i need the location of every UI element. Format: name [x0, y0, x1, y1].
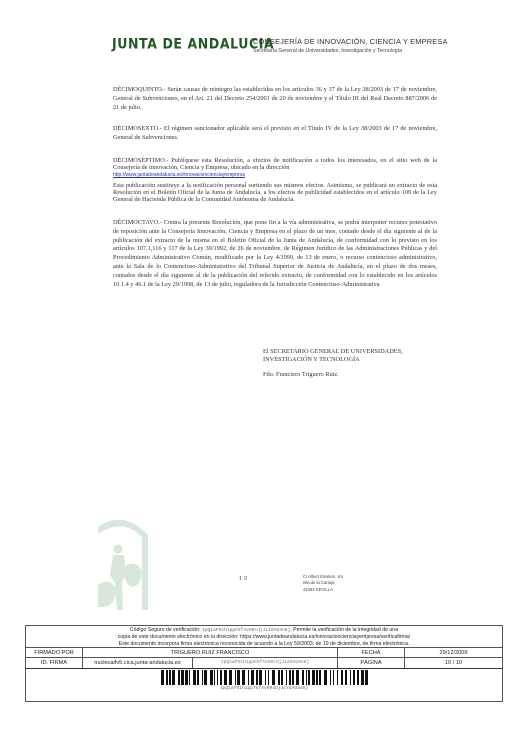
- consejeria-web-link[interactable]: http://www.juntadeandalucia.es/innovacio…: [113, 172, 245, 178]
- signature-id-row: ID. FIRMA nuclecaifv5.cica.junta-andaluc…: [26, 657, 502, 669]
- verification-table: Código Seguro de verificación: IpQ1aF91h…: [25, 625, 503, 702]
- page-label: PÁGINA: [338, 658, 405, 668]
- paragraph-publication-notice: Esta publicación sustituye a la notifica…: [113, 183, 437, 204]
- header-department: CONSEJERÍA DE INNOVACIÓN, CIENCIA Y EMPR…: [253, 37, 448, 46]
- header-sub-department: Secretaría General de Universidades, Inv…: [253, 48, 402, 54]
- signature-title-line1: El SECRETARIO GENERAL DE UNIVERSIDADES,: [263, 348, 443, 356]
- verification-code: IpQ1aF91h1ppCkfAvH9+djJ1ZdAU3n8j: [202, 628, 290, 633]
- barcode-icon: [161, 670, 371, 685]
- barcode-caption: IpQ1aF91h1ppTkfAvH94djJLYdAU3n8j: [26, 686, 502, 691]
- page-value: 10 / 10: [405, 658, 502, 668]
- verification-notice: Código Seguro de verificación: IpQ1aF91h…: [26, 627, 502, 647]
- notice-legal: Este documento incorpora firma electróni…: [26, 641, 502, 647]
- id-code: IpQ1aF91h1ppCkfAvH9+djJ1ZdAU3n8j: [193, 658, 338, 668]
- notice-prefix: Código Seguro de verificación:: [130, 627, 201, 633]
- notice-suffix: . Permite la verificación de la integrid…: [290, 627, 398, 633]
- paragraph-decimosexto: DÉCIMOSEXTO.- El régimen sancionador apl…: [113, 125, 437, 143]
- signature-title-line2: INVESTIGACIÓN Y TECNOLOGÍA: [263, 356, 443, 364]
- paragraph-decimoctavo: DÉCIMOCTAVO.- Contra la presente Resoluc…: [113, 219, 437, 289]
- signature-name: Fdo. Francisco Triguero Ruiz.: [263, 371, 443, 379]
- address-city: 41092 SEVILLA: [303, 587, 343, 593]
- id-label: ID. FIRMA: [26, 658, 83, 668]
- page-number: 10: [239, 576, 249, 582]
- office-address: C/ Albert Einstein, s/n Isla de la Cartu…: [303, 574, 343, 593]
- header-logo: JUNTA DE ANDALUCIA: [112, 35, 274, 52]
- paragraph-decimoquinto: DÉCIMOQUINTO.- Serán causas de reintegro…: [113, 86, 437, 112]
- signature-title: El SECRETARIO GENERAL DE UNIVERSIDADES, …: [263, 348, 443, 364]
- id-host: nuclecaifv5.cica.junta-andalucia.es: [83, 658, 193, 668]
- paragraph-decimoseptimo: DÉCIMOSÉPTIMO.- Publíquese esta Resoluci…: [113, 157, 437, 179]
- junta-emblem-icon: [98, 515, 148, 610]
- paragraph-decimoseptimo-text: DÉCIMOSÉPTIMO.- Publíquese esta Resoluci…: [113, 157, 437, 171]
